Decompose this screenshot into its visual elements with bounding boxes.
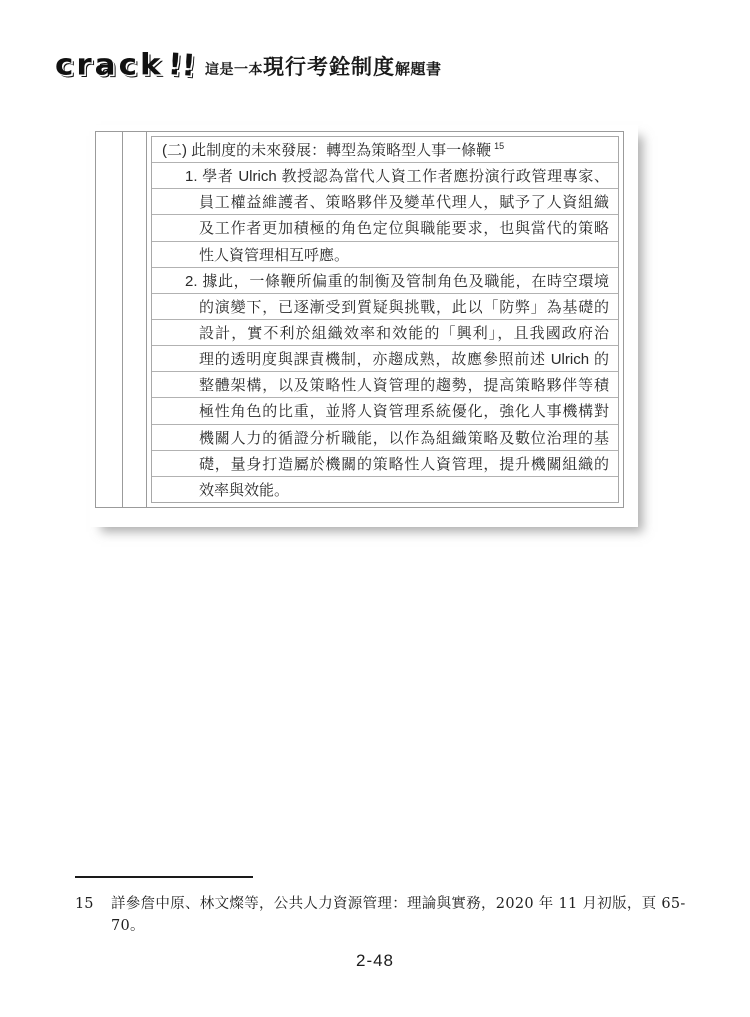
- table-row: 的演變下，已逐漸受到質疑與挑戰，此以「防弊」為基礎的: [152, 294, 618, 320]
- content-rows-box: (二) 此制度的未來發展：轉型為策略型人事一條鞭15 1. 學者 Ulrich …: [151, 136, 619, 503]
- page-header: crack !! 這是一本 現行考銓制度 解題書: [55, 50, 441, 81]
- table-row: 1. 學者 Ulrich 教授認為當代人資工作者應扮演行政管理專家、: [152, 163, 618, 189]
- table-row: 理的透明度與課責機制，亦趨成熟，故應參照前述 Ulrich 的: [152, 346, 618, 372]
- row-text: 極性角色的比重，並將人資管理系統優化，強化人事機構對: [199, 400, 609, 421]
- footnote-divider: [75, 876, 253, 878]
- heading-label-text: (二) 此制度的未來發展：轉型為策略型人事一條鞭: [162, 142, 491, 159]
- table-margin-column-1: [96, 132, 123, 507]
- table-row: 員工權益維護者、策略夥伴及變革代理人，賦予了人資組織: [152, 189, 618, 215]
- book-title-prefix: 這是一本: [205, 59, 263, 79]
- book-title-main: 現行考銓制度: [263, 51, 395, 81]
- row-text: 的演變下，已逐漸受到質疑與挑戰，此以「防弊」為基礎的: [199, 296, 609, 317]
- table-main-column: (二) 此制度的未來發展：轉型為策略型人事一條鞭15 1. 學者 Ulrich …: [147, 132, 623, 507]
- row-text: 1. 學者 Ulrich 教授認為當代人資工作者應扮演行政管理專家、: [185, 165, 609, 186]
- footnote-text: 詳參詹中原、林文燦等，公共人力資源管理：理論與實務，2020 年 11 月初版，…: [111, 893, 707, 937]
- row-text: 性人資管理相互呼應。: [199, 244, 609, 265]
- table-row: 極性角色的比重，並將人資管理系統優化，強化人事機構對: [152, 398, 618, 424]
- row-text: 理的透明度與課責機制，亦趨成熟，故應參照前述 Ulrich 的: [199, 348, 609, 369]
- table-row: 及工作者更加積極的角色定位與職能要求，也與當代的策略: [152, 215, 618, 241]
- table-row: 礎，量身打造屬於機關的策略性人資管理，提升機關組織的: [152, 451, 618, 477]
- exclamation-marks-icon: !!: [167, 50, 196, 82]
- footnote: 15 詳參詹中原、林文燦等，公共人力資源管理：理論與實務，2020 年 11 月…: [75, 893, 707, 937]
- footnote-number: 15: [75, 893, 111, 937]
- heading-text: (二) 此制度的未來發展：轉型為策略型人事一條鞭15: [162, 139, 608, 160]
- table-row: 設計，實不利於組織效率和效能的「興利」，且我國政府治: [152, 320, 618, 346]
- row-text: 員工權益維護者、策略夥伴及變革代理人，賦予了人資組織: [199, 191, 609, 212]
- footnote-line-2: 70。: [111, 915, 707, 937]
- table-row: 性人資管理相互呼應。: [152, 242, 618, 268]
- row-text: 礎，量身打造屬於機關的策略性人資管理，提升機關組織的: [199, 453, 609, 474]
- row-text: 2. 據此，一條鞭所偏重的制衡及管制角色及職能，在時空環境: [185, 270, 609, 291]
- crack-logo-text: crack: [55, 51, 164, 80]
- content-card: (二) 此制度的未來發展：轉型為策略型人事一條鞭15 1. 學者 Ulrich …: [90, 125, 638, 527]
- footnote-line-1: 詳參詹中原、林文燦等，公共人力資源管理：理論與實務，2020 年 11 月初版，…: [111, 893, 707, 915]
- book-title: 這是一本 現行考銓制度 解題書: [205, 51, 442, 81]
- row-text: 設計，實不利於組織效率和效能的「興利」，且我國政府治: [199, 322, 609, 343]
- table-row-heading: (二) 此制度的未來發展：轉型為策略型人事一條鞭15: [152, 137, 618, 163]
- table-row: 整體架構，以及策略性人資管理的趨勢，提高策略夥伴等積: [152, 372, 618, 398]
- table-row: 2. 據此，一條鞭所偏重的制衡及管制角色及職能，在時空環境: [152, 268, 618, 294]
- row-text: 效率與效能。: [199, 479, 609, 500]
- row-text: 機關人力的循證分析職能，以作為組織策略及數位治理的基: [199, 427, 609, 448]
- content-table-frame: (二) 此制度的未來發展：轉型為策略型人事一條鞭15 1. 學者 Ulrich …: [95, 131, 624, 508]
- table-margin-column-2: [123, 132, 147, 507]
- row-text: 整體架構，以及策略性人資管理的趨勢，提高策略夥伴等積: [199, 374, 609, 395]
- page-number: 2-48: [0, 951, 750, 971]
- row-text: 及工作者更加積極的角色定位與職能要求，也與當代的策略: [199, 217, 609, 238]
- table-row: 效率與效能。: [152, 477, 618, 502]
- table-row: 機關人力的循證分析職能，以作為組織策略及數位治理的基: [152, 425, 618, 451]
- footnote-reference: 15: [494, 141, 504, 151]
- book-title-suffix: 解題書: [395, 58, 442, 79]
- crack-logo: crack !!: [55, 50, 195, 81]
